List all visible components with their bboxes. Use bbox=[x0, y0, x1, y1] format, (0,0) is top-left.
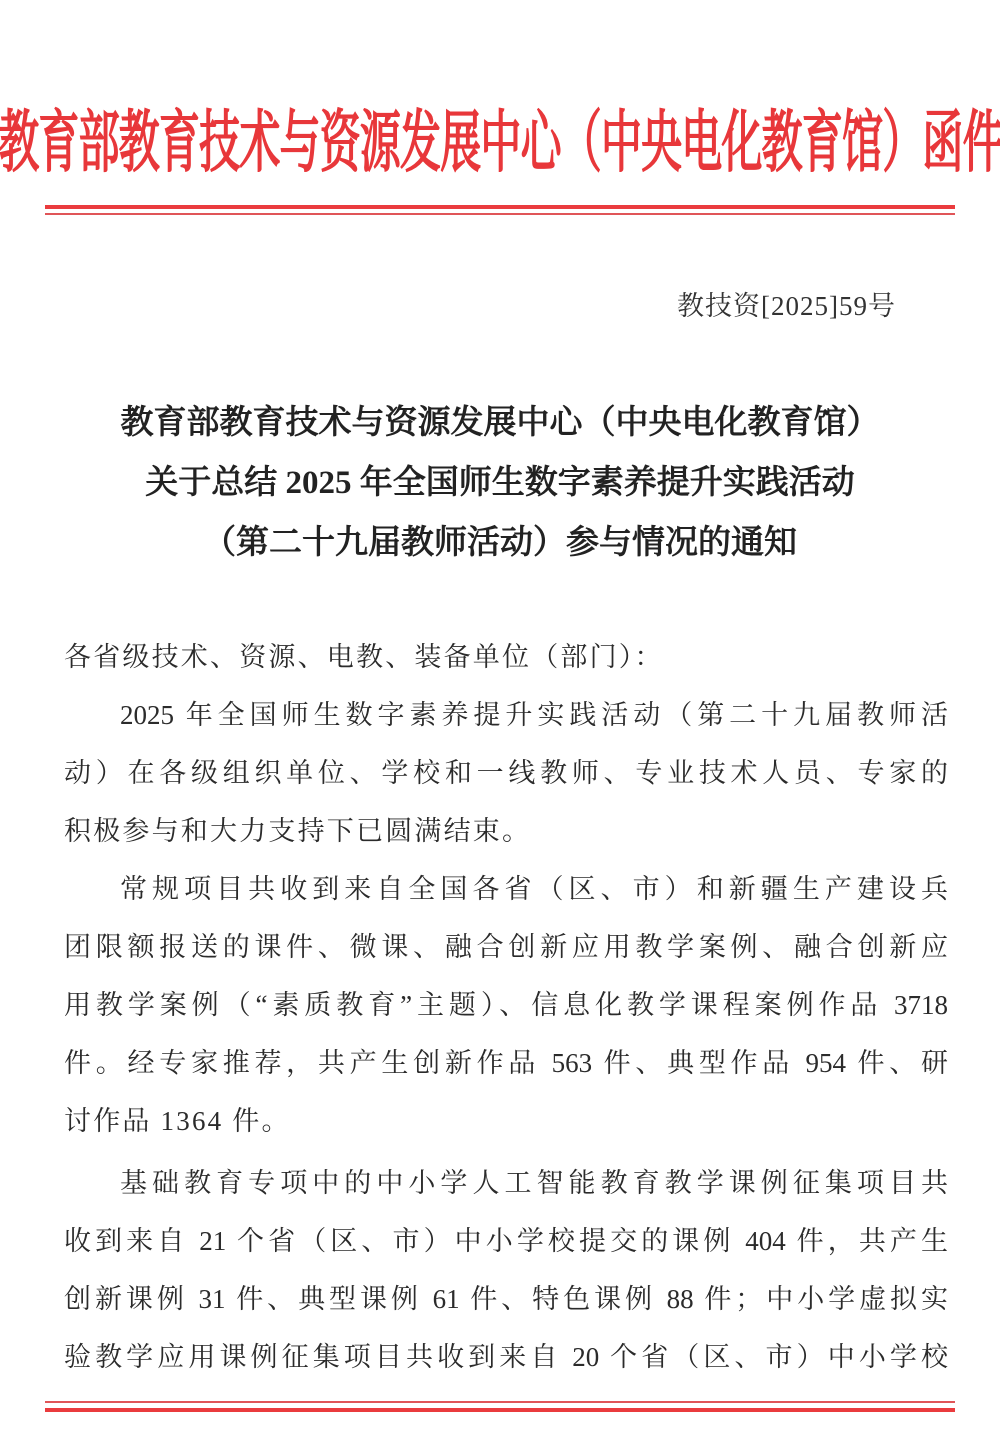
paragraph-line: 验教学应用课例征集项目共收到来自 20 个省（区、市）中小学校 bbox=[64, 1328, 948, 1386]
paragraph-line: 常规项目共收到来自全国各省（区、市）和新疆生产建设兵 bbox=[64, 860, 948, 918]
footer-rule-thin bbox=[45, 1401, 955, 1403]
header-rule-thin bbox=[45, 213, 955, 215]
title-line-3: （第二十九届教师活动）参与情况的通知 bbox=[60, 513, 940, 573]
footer-rule-thick bbox=[45, 1408, 955, 1412]
header-rule-thick bbox=[45, 205, 955, 209]
paragraph-2: 常规项目共收到来自全国各省（区、市）和新疆生产建设兵 团限额报送的课件、微课、融… bbox=[64, 860, 948, 1150]
paragraph-line: 2025 年全国师生数字素养提升实践活动（第二十九届教师活 bbox=[64, 686, 948, 744]
title-line-2: 关于总结 2025 年全国师生数字素养提升实践活动 bbox=[60, 453, 940, 513]
paragraph-line: 团限额报送的课件、微课、融合创新应用教学案例、融合创新应 bbox=[64, 918, 948, 976]
document-body: 各省级技术、资源、电教、装备单位（部门）： 2025 年全国师生数字素养提升实践… bbox=[64, 628, 948, 1386]
letterhead-title: 教育部教育技术与资源发展中心（中央电化教育馆）函件 bbox=[50, 76, 950, 198]
document-number: 教技资[2025]59号 bbox=[677, 284, 896, 323]
letterhead-text: 教育部教育技术与资源发展中心（中央电化教育馆）函件 bbox=[0, 88, 1000, 185]
salutation: 各省级技术、资源、电教、装备单位（部门）： bbox=[64, 628, 948, 686]
paragraph-line: 动）在各级组织单位、学校和一线教师、专业技术人员、专家的 bbox=[64, 744, 948, 802]
title-line-1: 教育部教育技术与资源发展中心（中央电化教育馆） bbox=[60, 393, 940, 453]
paragraph-line: 件。经专家推荐，共产生创新作品 563 件、典型作品 954 件、研 bbox=[64, 1034, 948, 1092]
document-page: 教育部教育技术与资源发展中心（中央电化教育馆）函件 教技资[2025]59号 教… bbox=[0, 0, 1000, 1455]
paragraph-line: 收到来自 21 个省（区、市）中小学校提交的课例 404 件，共产生 bbox=[64, 1212, 948, 1270]
paragraph-line: 积极参与和大力支持下已圆满结束。 bbox=[64, 802, 948, 860]
paragraph-line: 基础教育专项中的中小学人工智能教育教学课例征集项目共 bbox=[64, 1154, 948, 1212]
document-title: 教育部教育技术与资源发展中心（中央电化教育馆） 关于总结 2025 年全国师生数… bbox=[60, 393, 940, 573]
paragraph-line: 讨作品 1364 件。 bbox=[64, 1092, 948, 1150]
paragraph-1: 2025 年全国师生数字素养提升实践活动（第二十九届教师活 动）在各级组织单位、… bbox=[64, 686, 948, 860]
paragraph-3: 基础教育专项中的中小学人工智能教育教学课例征集项目共 收到来自 21 个省（区、… bbox=[64, 1154, 948, 1386]
paragraph-line: 创新课例 31 件、典型课例 61 件、特色课例 88 件；中小学虚拟实 bbox=[64, 1270, 948, 1328]
paragraph-line: 用教学案例（“素质教育”主题）、信息化教学课程案例作品 3718 bbox=[64, 976, 948, 1034]
